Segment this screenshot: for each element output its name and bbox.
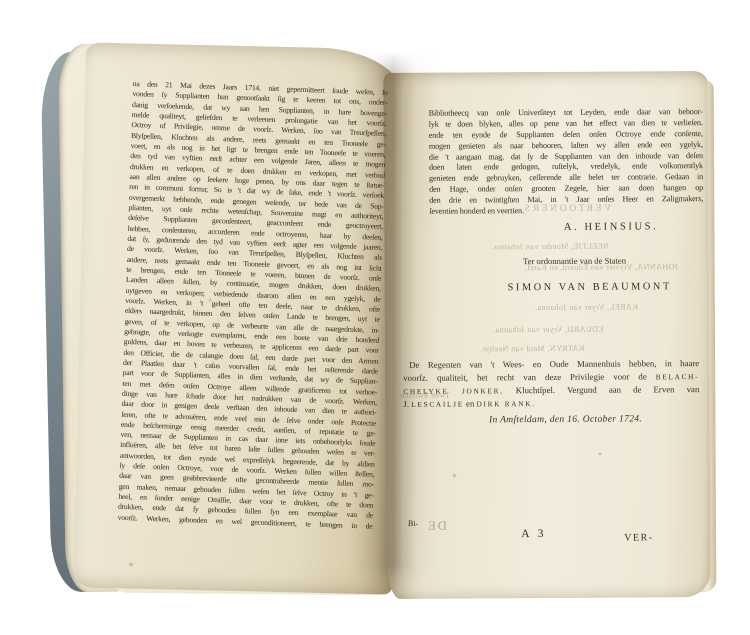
gathering-signature-mark: A 3 xyxy=(521,528,546,540)
right-page-catchword: VER- xyxy=(624,532,653,543)
ordinance-line: Ter ordonnantie van de Staten xyxy=(455,255,695,266)
grant-text: en xyxy=(464,398,477,408)
foxing-spot xyxy=(208,298,212,302)
grant-line: CHELYKE JONKER, Kluchtſpel. Vergund aan … xyxy=(403,383,699,398)
grant-text: J. xyxy=(403,399,411,409)
right-page-content: VERTOONERS. NEELTJE, Moeder van Johanna.… xyxy=(383,71,710,599)
privilege-text: Bibliotheecq van onſe Univerſiteyt tot L… xyxy=(429,107,704,218)
grant-line: J. LESCAILJE en DIRK RANK. xyxy=(403,396,699,411)
grant-text: Kluchtſpel. Vergund aan de Erven van xyxy=(504,384,700,395)
play-title-caps: CHELYKE JONKER, xyxy=(403,386,503,396)
show-through-cast-line: EDUARD, Vryer van Johanna. xyxy=(493,325,604,335)
publisher-name-caps: LESCAILJE xyxy=(411,400,464,409)
show-through-cast-line: NEELTJE, Moeder van Johanna. xyxy=(491,242,609,252)
show-through-cast-line: KAREL, Vryer van Johanna. xyxy=(535,302,638,312)
foxing-spot xyxy=(128,562,134,567)
left-page-text: na den 21 Mai dezes Jaars 1714. niet gep… xyxy=(118,79,388,532)
play-title-caps: BELACH- xyxy=(656,372,700,381)
foxing-spot xyxy=(598,452,602,456)
show-through-cast-line: KATRYN, Meid van Neeltje. xyxy=(480,344,585,354)
text-line: den drie en twintigſten Mai, in 't Jaar … xyxy=(429,194,703,207)
book-photo: na den 21 Mai dezes Jaars 1714. niet gep… xyxy=(0,0,750,635)
foxing-spot xyxy=(452,473,457,478)
secretary-signature: SIMON VAN BEAUMONT xyxy=(470,281,710,293)
publisher-name-caps: DIRK RANK. xyxy=(477,399,536,408)
privilege-closing-line: ſeventien honderd en veertien. xyxy=(429,205,703,218)
heinsius-signature: A. HEINSIUS. xyxy=(564,221,659,233)
grant-text: voorſz. qualiteit, het recht van deze Pr… xyxy=(403,371,656,383)
imprint-dateline: In Amſteldam, den 16. October 1724. xyxy=(445,413,685,425)
regents-grant-note: De Regenten van 't Wees- en Oude Mannenh… xyxy=(403,357,699,411)
privilege-lines: Bibliotheecq van onſe Univerſiteyt tot L… xyxy=(429,107,704,207)
show-through-half-title: DE xyxy=(426,519,447,534)
